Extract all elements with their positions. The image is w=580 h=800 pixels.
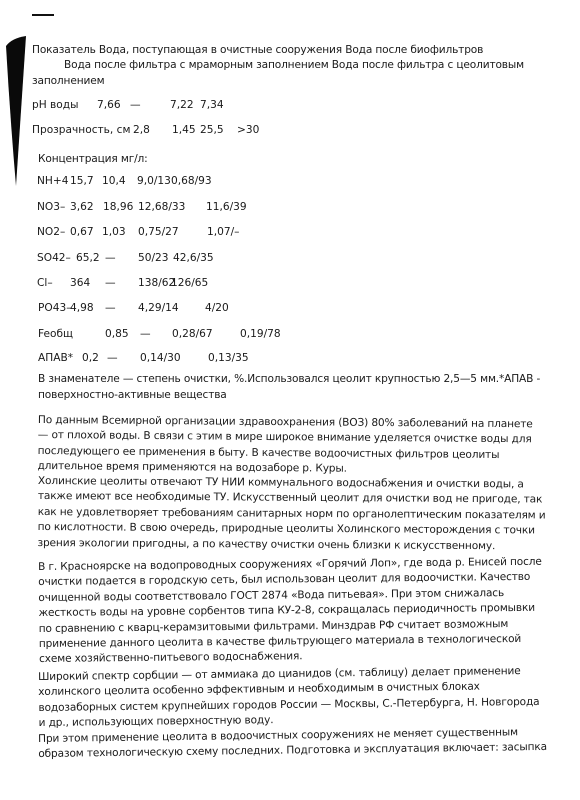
table-cell: 4/20 [205,302,229,314]
table-header-line3: заполнением [32,75,104,88]
table-cell: 0,75/27 [138,226,179,238]
table-cell: 0,68/93 [171,175,212,187]
table-cell: 15,7 [70,175,94,187]
table-cell: 0,19/78 [240,328,281,340]
table-cell: — [105,252,116,264]
table-cell: 25,5 [200,124,224,136]
row-label: SO42– [37,252,71,264]
table-cell: 0,85 [105,328,129,340]
table-cell: 4,98 [70,302,94,314]
table-cell: 42,6/35 [173,252,214,264]
table-cell: — [105,277,116,289]
table-cell: 10,4 [102,175,126,187]
document-page: Показатель Вода, поступающая в очистные … [0,0,580,800]
table-header-line2: Вода после фильтра с мраморным заполнени… [64,59,524,72]
paragraph: Широкий спектр сорбции — от аммиака до ц… [38,664,559,732]
table-cell: 1,07/– [207,226,239,238]
table-cell: 7,22 [170,99,194,111]
text-line: зрения экологии пригодны, а по качеству … [37,536,557,555]
table-cell: 0,14/30 [140,352,181,364]
paragraph: При этом применение цеолита в водоочистн… [38,725,558,763]
table-cell: >30 [237,124,259,136]
table-cell: 7,34 [200,99,224,111]
footnote-line2: поверхностно-активные вещества [38,389,227,402]
table-cell: 126/65 [171,277,208,289]
table-cell: 0,67 [70,226,94,238]
table-cell: 138/62 [138,277,175,289]
table-cell: 9,0/13 [137,175,171,187]
table-cell: 50/23 [138,252,169,264]
table-cell: — [140,328,151,340]
table-cell: 0,28/67 [172,328,213,340]
row-label: pH воды [32,99,78,111]
table-header-line1: Показатель Вода, поступающая в очистные … [32,44,483,57]
row-label: NO2– [37,226,65,238]
row-label: Прозрачность, см [32,124,130,136]
row-label: Feобщ [38,328,73,340]
table-cell: 0,2 [82,352,99,364]
table-cell: 1,45 [172,124,196,136]
table-cell: 0,13/35 [208,352,249,364]
table-cell: 3,62 [70,201,94,213]
table-cell: 12,68/33 [138,201,185,213]
table-cell: — [105,302,116,314]
paragraph: В г. Красноярске на водопроводных сооруж… [38,555,559,668]
table-cell: — [107,352,118,364]
paragraph: Холинские цеолиты отвечают ТУ НИИ коммун… [37,474,558,555]
row-label: АПАВ* [38,352,73,364]
paragraph: По данным Всемирной организации здравоох… [37,413,558,479]
table-cell: 364 [70,277,90,289]
table-cell: 4,29/14 [138,302,179,314]
table-cell: 7,66 [97,99,121,111]
table-cell: 2,8 [133,124,150,136]
row-label: NH+4 [37,175,69,187]
table-cell: 65,2 [76,252,100,264]
table-cell: 11,6/39 [206,201,247,213]
row-label: NO3– [37,201,65,213]
table-cell: — [130,99,141,111]
row-label: PO43– [38,302,72,314]
table-cell: 1,03 [102,226,126,238]
row-label: Cl– [37,277,53,289]
concentration-label: Концентрация мг/л: [38,153,148,166]
footnote-line1: В знаменателе — степень очистки, %.Испол… [38,373,540,386]
table-cell: 18,96 [103,201,133,213]
